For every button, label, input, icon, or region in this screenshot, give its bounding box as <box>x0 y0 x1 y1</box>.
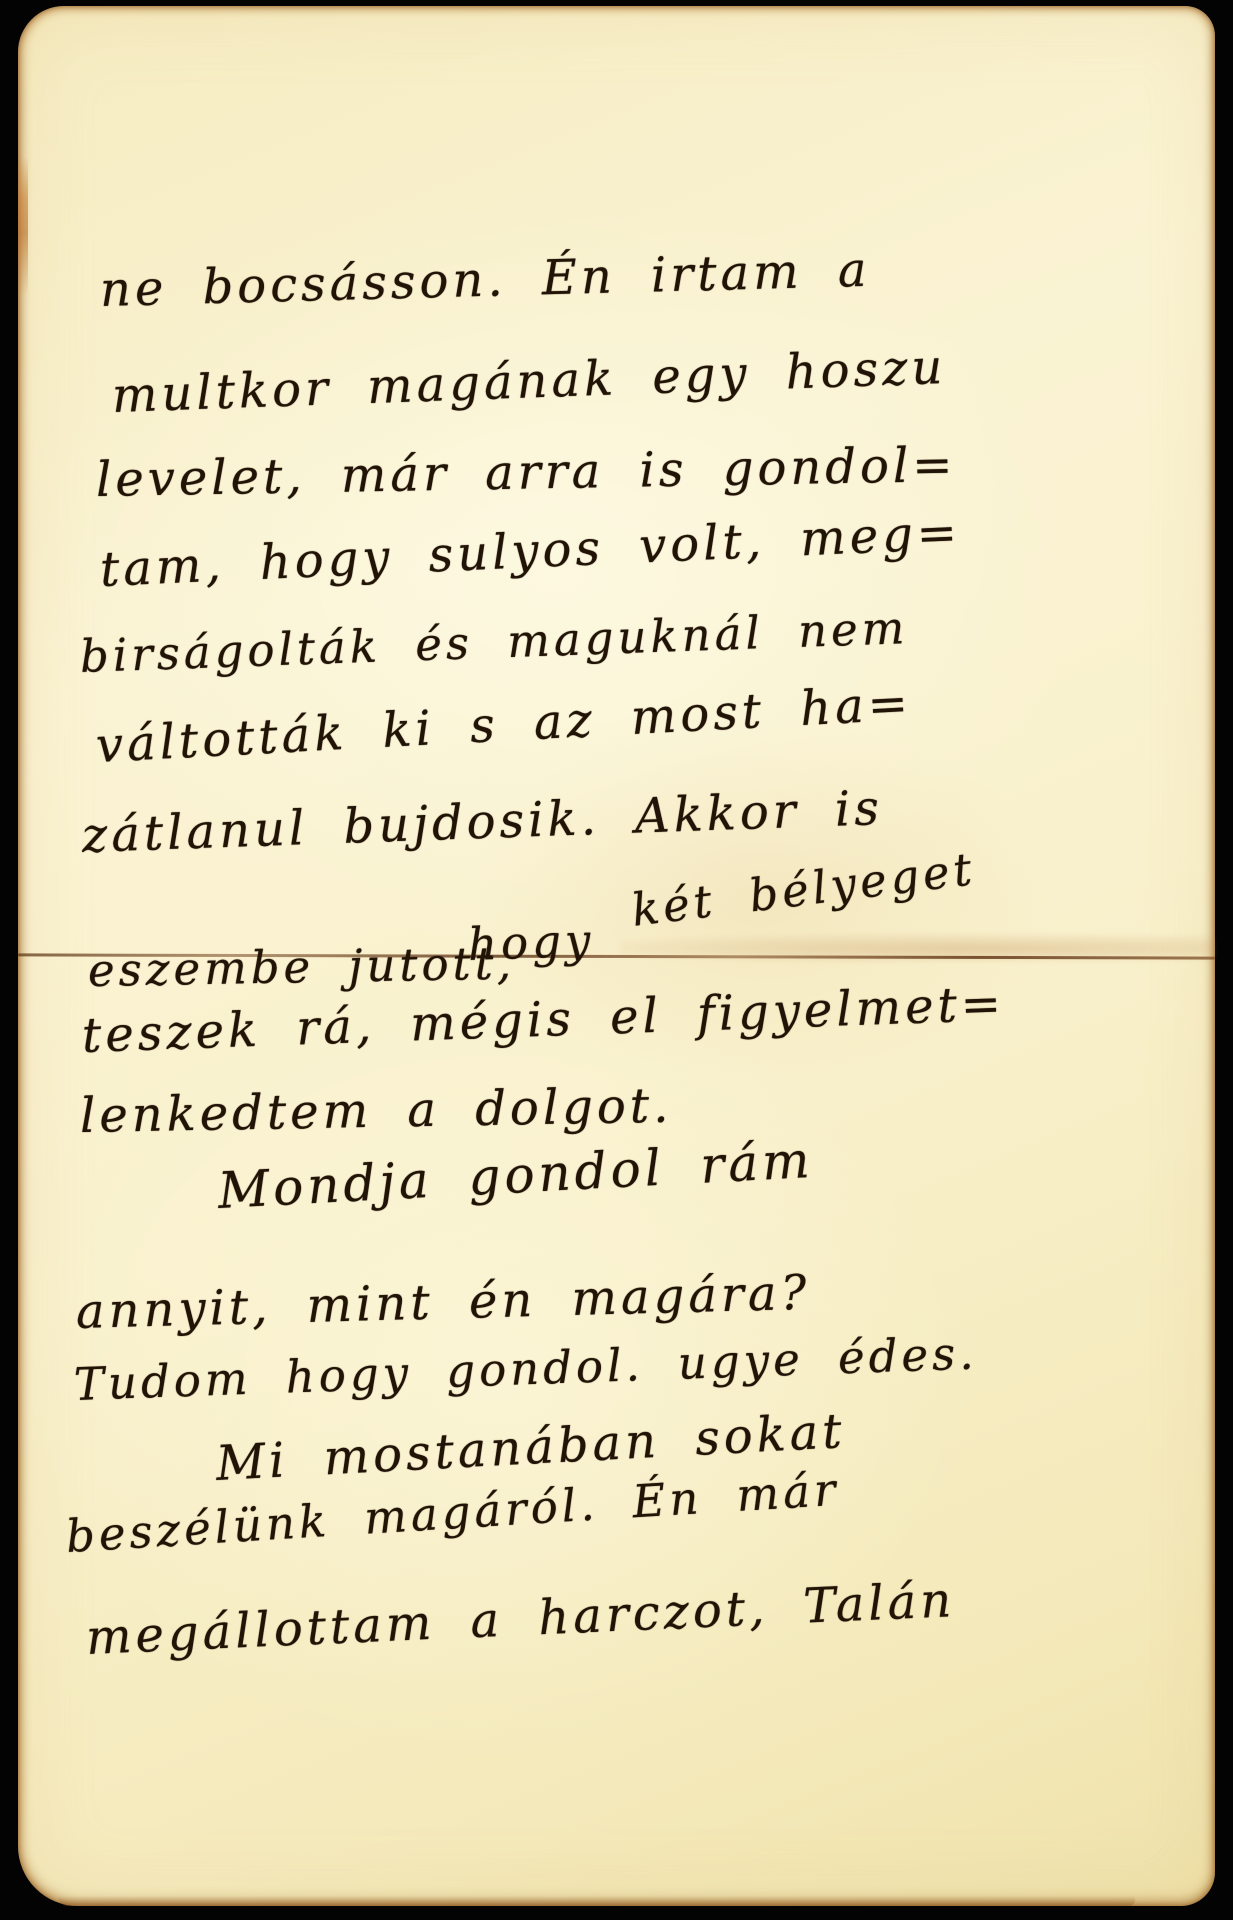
handwriting-line: levelet, már arra is gondol= <box>96 441 957 504</box>
handwriting-line: hogy <box>467 918 595 967</box>
scan-background: ne bocsásson. Én irtam a multkor magának… <box>0 0 1233 1920</box>
handwriting-line: lenkedtem a dolgot. <box>80 1082 673 1140</box>
handwriting-line: eszembe jutott, <box>88 941 516 993</box>
